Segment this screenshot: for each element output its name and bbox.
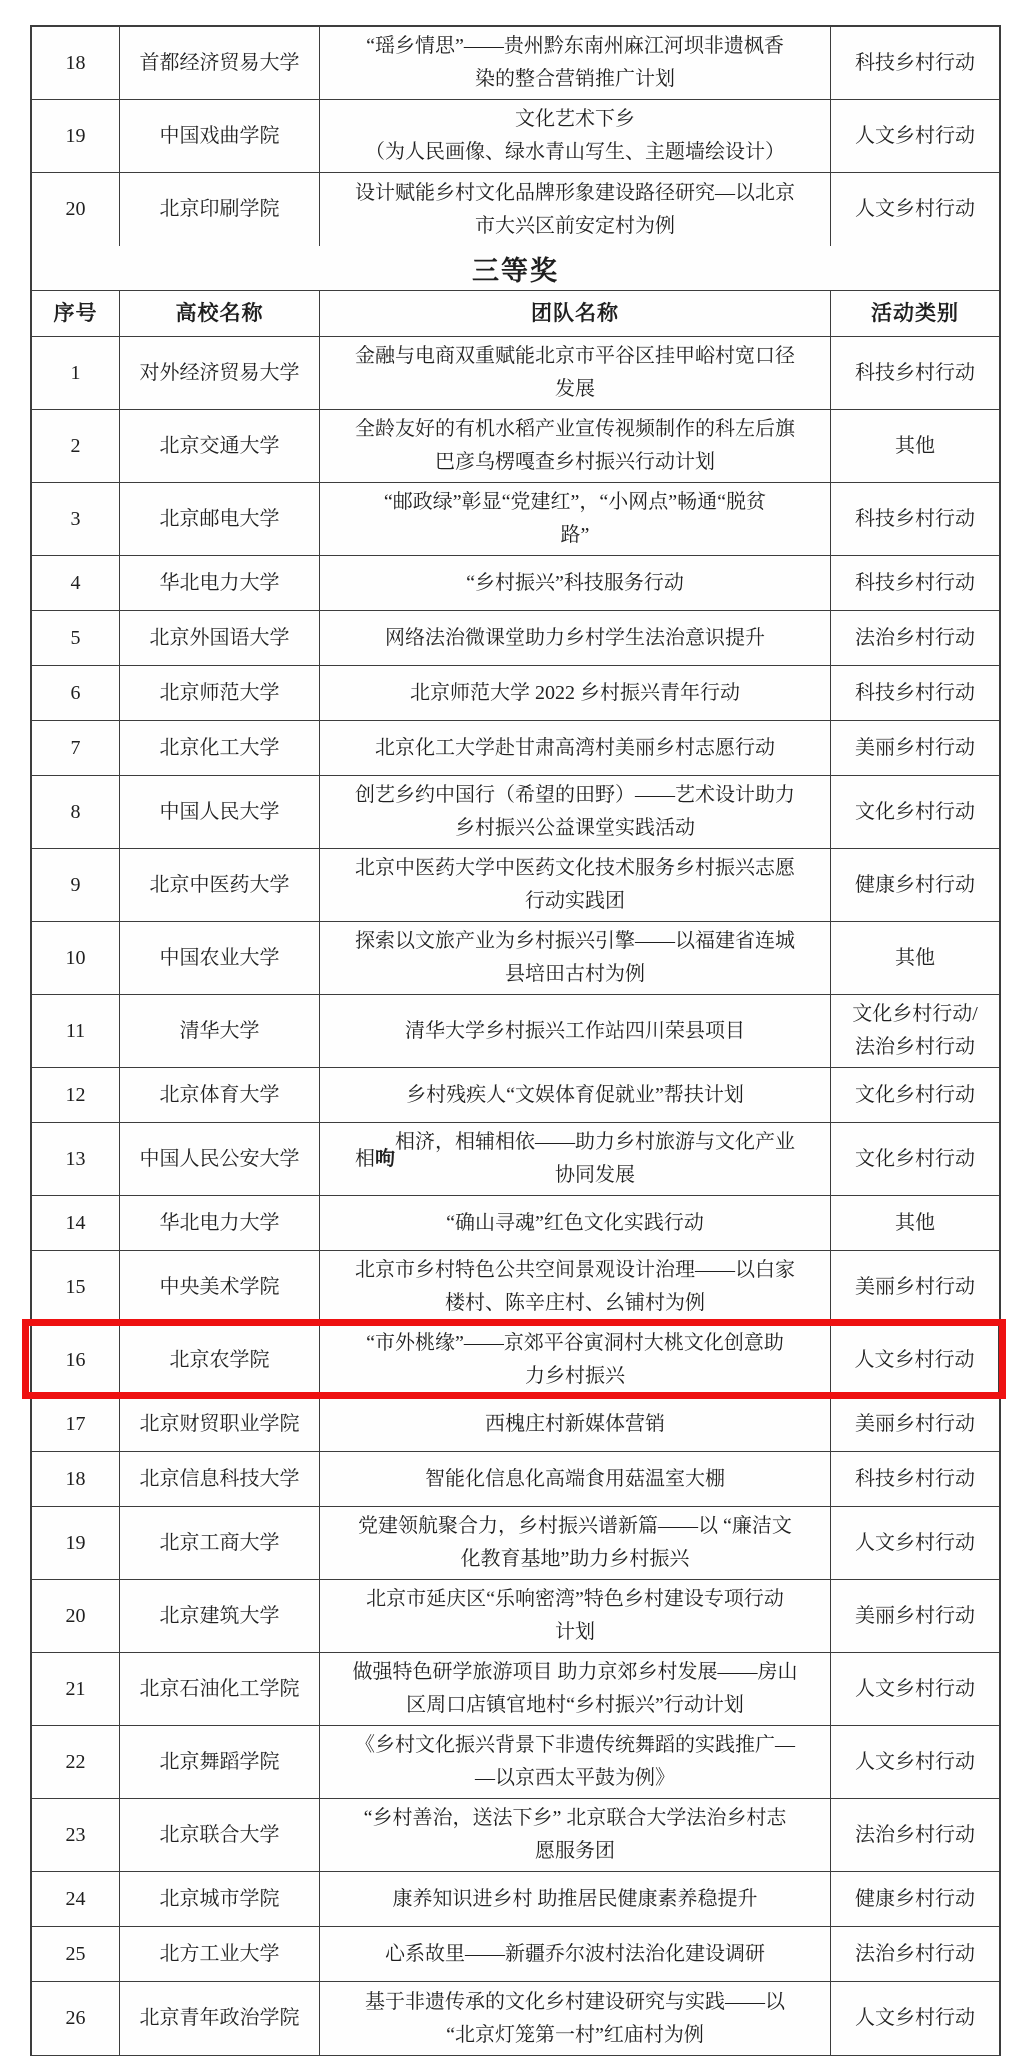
row-number: 8 xyxy=(32,776,120,848)
team-name: “瑶乡情思”——贵州黔东南州麻江河坝非遗枫香 染的整合营销推广计划 xyxy=(320,27,831,99)
team-name: “乡村善治，送法下乡” 北京联合大学法治乡村志 愿服务团 xyxy=(320,1799,831,1871)
team-name: 心系故里——新疆乔尔波村法治化建设调研 xyxy=(320,1927,831,1981)
row-number: 22 xyxy=(32,1726,120,1798)
header-no: 序号 xyxy=(32,291,120,336)
university-name: 北京工商大学 xyxy=(120,1507,320,1579)
activity-category: 科技乡村行动 xyxy=(831,483,999,555)
team-name: 文化艺术下乡 （为人民画像、绿水青山写生、主题墙绘设计） xyxy=(320,100,831,172)
university-name: 北京农学院 xyxy=(120,1324,320,1396)
university-name: 北京交通大学 xyxy=(120,410,320,482)
row-number: 17 xyxy=(32,1397,120,1451)
table-row: 10 中国农业大学 探索以文旅产业为乡村振兴引擎——以福建省连城 县培田古村为例… xyxy=(32,922,999,995)
university-name: 北京城市学院 xyxy=(120,1872,320,1926)
activity-category: 人文乡村行动 xyxy=(831,1324,999,1396)
row-number: 19 xyxy=(32,100,120,172)
emphasized-character: 呴 xyxy=(375,1143,395,1176)
table-row: 26 北京青年政治学院 基于非遗传承的文化乡村建设研究与实践——以 “北京灯笼第… xyxy=(32,1982,999,2055)
row-number: 19 xyxy=(32,1507,120,1579)
table-row: 23 北京联合大学 “乡村善治，送法下乡” 北京联合大学法治乡村志 愿服务团 法… xyxy=(32,1799,999,1872)
activity-category: 人文乡村行动 xyxy=(831,1982,999,2055)
table-row: 14 华北电力大学 “确山寻魂”红色文化实践行动 其他 xyxy=(32,1196,999,1251)
row-number: 15 xyxy=(32,1251,120,1323)
table-row: 17 北京财贸职业学院 西槐庄村新媒体营销 美丽乡村行动 xyxy=(32,1397,999,1452)
table-row: 3 北京邮电大学 “邮政绿”彰显“党建红”，“小网点”畅通“脱贫 路” 科技乡村… xyxy=(32,483,999,556)
row-number: 1 xyxy=(32,337,120,409)
university-name: 中国戏曲学院 xyxy=(120,100,320,172)
team-name: “乡村振兴”科技服务行动 xyxy=(320,556,831,610)
row-number: 12 xyxy=(32,1068,120,1122)
university-name: 北京邮电大学 xyxy=(120,483,320,555)
team-name: 探索以文旅产业为乡村振兴引擎——以福建省连城 县培田古村为例 xyxy=(320,922,831,994)
activity-category: 法治乡村行动 xyxy=(831,1799,999,1871)
team-name: 清华大学乡村振兴工作站四川荣县项目 xyxy=(320,995,831,1067)
team-name: “邮政绿”彰显“党建红”，“小网点”畅通“脱贫 路” xyxy=(320,483,831,555)
team-name: 设计赋能乡村文化品牌形象建设路径研究—以北京 市大兴区前安定村为例 xyxy=(320,173,831,246)
university-name: 北京体育大学 xyxy=(120,1068,320,1122)
university-name: 中国人民公安大学 xyxy=(120,1123,320,1195)
row-number: 2 xyxy=(32,410,120,482)
row-number: 20 xyxy=(32,173,120,246)
team-name: 智能化信息化高端食用菇温室大棚 xyxy=(320,1452,831,1506)
team-name: 北京市延庆区“乐响密湾”特色乡村建设专项行动 计划 xyxy=(320,1580,831,1652)
second-prize-tail-rows: 18 首都经济贸易大学 “瑶乡情思”——贵州黔东南州麻江河坝非遗枫香 染的整合营… xyxy=(32,27,999,246)
table-row: 20 北京印刷学院 设计赋能乡村文化品牌形象建设路径研究—以北京 市大兴区前安定… xyxy=(32,173,999,246)
university-name: 北京信息科技大学 xyxy=(120,1452,320,1506)
table-row: 18 首都经济贸易大学 “瑶乡情思”——贵州黔东南州麻江河坝非遗枫香 染的整合营… xyxy=(32,27,999,100)
row-number: 23 xyxy=(32,1799,120,1871)
university-name: 北京师范大学 xyxy=(120,666,320,720)
university-name: 北京外国语大学 xyxy=(120,611,320,665)
university-name: 华北电力大学 xyxy=(120,556,320,610)
table-row: 15 中央美术学院 北京市乡村特色公共空间景观设计治理——以白家 楼村、陈辛庄村… xyxy=(32,1251,999,1324)
row-number: 18 xyxy=(32,27,120,99)
row-number: 13 xyxy=(32,1123,120,1195)
table-row: 22 北京舞蹈学院 《乡村文化振兴背景下非遗传统舞蹈的实践推广— —以京西太平鼓… xyxy=(32,1726,999,1799)
activity-category: 人文乡村行动 xyxy=(831,1726,999,1798)
activity-category: 法治乡村行动 xyxy=(831,611,999,665)
team-name: 全龄友好的有机水稻产业宣传视频制作的科左后旗 巴彦乌楞嘎查乡村振兴行动计划 xyxy=(320,410,831,482)
table-row: 4 华北电力大学 “乡村振兴”科技服务行动 科技乡村行动 xyxy=(32,556,999,611)
activity-category: 科技乡村行动 xyxy=(831,337,999,409)
table-row: 11 清华大学 清华大学乡村振兴工作站四川荣县项目 文化乡村行动/ 法治乡村行动 xyxy=(32,995,999,1068)
award-table: 18 首都经济贸易大学 “瑶乡情思”——贵州黔东南州麻江河坝非遗枫香 染的整合营… xyxy=(30,25,1001,2056)
table-row: 2 北京交通大学 全龄友好的有机水稻产业宣传视频制作的科左后旗 巴彦乌楞嘎查乡村… xyxy=(32,410,999,483)
row-number: 3 xyxy=(32,483,120,555)
activity-category: 人文乡村行动 xyxy=(831,1507,999,1579)
university-name: 北京中医药大学 xyxy=(120,849,320,921)
table-row: 25 北方工业大学 心系故里——新疆乔尔波村法治化建设调研 法治乡村行动 xyxy=(32,1927,999,1982)
activity-category: 健康乡村行动 xyxy=(831,1872,999,1926)
team-name: 康养知识进乡村 助推居民健康素养稳提升 xyxy=(320,1872,831,1926)
activity-category: 人文乡村行动 xyxy=(831,100,999,172)
university-name: 北京青年政治学院 xyxy=(120,1982,320,2055)
university-name: 对外经济贸易大学 xyxy=(120,337,320,409)
activity-category: 其他 xyxy=(831,1196,999,1250)
team-name: 乡村残疾人“文娱体育促就业”帮扶计划 xyxy=(320,1068,831,1122)
row-number: 21 xyxy=(32,1653,120,1725)
university-name: 华北电力大学 xyxy=(120,1196,320,1250)
activity-category: 科技乡村行动 xyxy=(831,27,999,99)
university-name: 中央美术学院 xyxy=(120,1251,320,1323)
university-name: 北京联合大学 xyxy=(120,1799,320,1871)
table-row: 7 北京化工大学 北京化工大学赴甘肃高湾村美丽乡村志愿行动 美丽乡村行动 xyxy=(32,721,999,776)
activity-category: 人文乡村行动 xyxy=(831,173,999,246)
team-name: 西槐庄村新媒体营销 xyxy=(320,1397,831,1451)
row-number: 6 xyxy=(32,666,120,720)
row-number: 7 xyxy=(32,721,120,775)
team-name: “市外桃缘”——京郊平谷寅洞村大桃文化创意助 力乡村振兴 xyxy=(320,1324,831,1396)
table-row: 20 北京建筑大学 北京市延庆区“乐响密湾”特色乡村建设专项行动 计划 美丽乡村… xyxy=(32,1580,999,1653)
activity-category: 文化乡村行动/ 法治乡村行动 xyxy=(831,995,999,1067)
table-row: 1 对外经济贸易大学 金融与电商双重赋能北京市平谷区挂甲峪村宽口径 发展 科技乡… xyxy=(32,337,999,410)
table-row: 19 中国戏曲学院 文化艺术下乡 （为人民画像、绿水青山写生、主题墙绘设计） 人… xyxy=(32,100,999,173)
activity-category: 科技乡村行动 xyxy=(831,1452,999,1506)
award-document-page: 18 首都经济贸易大学 “瑶乡情思”——贵州黔东南州麻江河坝非遗枫香 染的整合营… xyxy=(30,25,1001,2056)
table-row: 5 北京外国语大学 网络法治微课堂助力乡村学生法治意识提升 法治乡村行动 xyxy=(32,611,999,666)
university-name: 北京财贸职业学院 xyxy=(120,1397,320,1451)
activity-category: 其他 xyxy=(831,922,999,994)
table-row: 19 北京工商大学 党建领航聚合力，乡村振兴谱新篇——以 “廉洁文 化教育基地”… xyxy=(32,1507,999,1580)
team-name: 创艺乡约中国行（希望的田野）——艺术设计助力 乡村振兴公益课堂实践活动 xyxy=(320,776,831,848)
row-number: 14 xyxy=(32,1196,120,1250)
team-name: 基于非遗传承的文化乡村建设研究与实践——以 “北京灯笼第一村”红庙村为例 xyxy=(320,1982,831,2055)
activity-category: 美丽乡村行动 xyxy=(831,1251,999,1323)
row-number: 10 xyxy=(32,922,120,994)
table-row: 21 北京石油化工学院 做强特色研学旅游项目 助力京郊乡村发展——房山 区周口店… xyxy=(32,1653,999,1726)
university-name: 北京石油化工学院 xyxy=(120,1653,320,1725)
team-name: 北京师范大学 2022 乡村振兴青年行动 xyxy=(320,666,831,720)
row-number: 11 xyxy=(32,995,120,1067)
university-name: 清华大学 xyxy=(120,995,320,1067)
team-name: 《乡村文化振兴背景下非遗传统舞蹈的实践推广— —以京西太平鼓为例》 xyxy=(320,1726,831,1798)
table-row: 8 中国人民大学 创艺乡约中国行（希望的田野）——艺术设计助力 乡村振兴公益课堂… xyxy=(32,776,999,849)
third-prize-rows: 1 对外经济贸易大学 金融与电商双重赋能北京市平谷区挂甲峪村宽口径 发展 科技乡… xyxy=(32,337,999,2055)
row-number: 5 xyxy=(32,611,120,665)
row-number: 26 xyxy=(32,1982,120,2055)
team-name: “确山寻魂”红色文化实践行动 xyxy=(320,1196,831,1250)
activity-category: 美丽乡村行动 xyxy=(831,721,999,775)
activity-category: 健康乡村行动 xyxy=(831,849,999,921)
university-name: 中国农业大学 xyxy=(120,922,320,994)
team-name: 党建领航聚合力，乡村振兴谱新篇——以 “廉洁文 化教育基地”助力乡村振兴 xyxy=(320,1507,831,1579)
team-name: 金融与电商双重赋能北京市平谷区挂甲峪村宽口径 发展 xyxy=(320,337,831,409)
table-row: 6 北京师范大学 北京师范大学 2022 乡村振兴青年行动 科技乡村行动 xyxy=(32,666,999,721)
university-name: 中国人民大学 xyxy=(120,776,320,848)
activity-category: 人文乡村行动 xyxy=(831,1653,999,1725)
team-name: 北京中医药大学中医药文化技术服务乡村振兴志愿 行动实践团 xyxy=(320,849,831,921)
table-row: 9 北京中医药大学 北京中医药大学中医药文化技术服务乡村振兴志愿 行动实践团 健… xyxy=(32,849,999,922)
activity-category: 科技乡村行动 xyxy=(831,556,999,610)
section-title: 三等奖 xyxy=(472,249,559,288)
university-name: 北京舞蹈学院 xyxy=(120,1726,320,1798)
university-name: 北方工业大学 xyxy=(120,1927,320,1981)
header-team: 团队名称 xyxy=(320,291,831,336)
university-name: 北京建筑大学 xyxy=(120,1580,320,1652)
activity-category: 法治乡村行动 xyxy=(831,1927,999,1981)
activity-category: 文化乡村行动 xyxy=(831,1068,999,1122)
university-name: 首都经济贸易大学 xyxy=(120,27,320,99)
activity-category: 美丽乡村行动 xyxy=(831,1397,999,1451)
university-name: 北京印刷学院 xyxy=(120,173,320,246)
team-name: 北京化工大学赴甘肃高湾村美丽乡村志愿行动 xyxy=(320,721,831,775)
row-number: 16 xyxy=(32,1324,120,1396)
activity-category: 美丽乡村行动 xyxy=(831,1580,999,1652)
team-name: 北京市乡村特色公共空间景观设计治理——以白家 楼村、陈辛庄村、幺铺村为例 xyxy=(320,1251,831,1323)
team-name: 相呴相济，相辅相依——助力乡村旅游与文化产业 协同发展 xyxy=(320,1123,831,1195)
row-number: 18 xyxy=(32,1452,120,1506)
team-name: 网络法治微课堂助力乡村学生法治意识提升 xyxy=(320,611,831,665)
table-row: 16 北京农学院 “市外桃缘”——京郊平谷寅洞村大桃文化创意助 力乡村振兴 人文… xyxy=(32,1324,999,1397)
activity-category: 其他 xyxy=(831,410,999,482)
table-row: 18 北京信息科技大学 智能化信息化高端食用菇温室大棚 科技乡村行动 xyxy=(32,1452,999,1507)
row-number: 25 xyxy=(32,1927,120,1981)
table-row: 13 中国人民公安大学 相呴相济，相辅相依——助力乡村旅游与文化产业 协同发展 … xyxy=(32,1123,999,1196)
row-number: 20 xyxy=(32,1580,120,1652)
table-header-row: 序号 高校名称 团队名称 活动类别 xyxy=(32,291,999,337)
header-category: 活动类别 xyxy=(831,291,999,336)
row-number: 4 xyxy=(32,556,120,610)
row-number: 24 xyxy=(32,1872,120,1926)
table-row: 24 北京城市学院 康养知识进乡村 助推居民健康素养稳提升 健康乡村行动 xyxy=(32,1872,999,1927)
row-number: 9 xyxy=(32,849,120,921)
team-name: 做强特色研学旅游项目 助力京郊乡村发展——房山 区周口店镇官地村“乡村振兴”行动… xyxy=(320,1653,831,1725)
header-university: 高校名称 xyxy=(120,291,320,336)
activity-category: 科技乡村行动 xyxy=(831,666,999,720)
activity-category: 文化乡村行动 xyxy=(831,776,999,848)
table-row: 12 北京体育大学 乡村残疾人“文娱体育促就业”帮扶计划 文化乡村行动 xyxy=(32,1068,999,1123)
university-name: 北京化工大学 xyxy=(120,721,320,775)
activity-category: 文化乡村行动 xyxy=(831,1123,999,1195)
section-title-row: 三等奖 xyxy=(32,246,999,291)
